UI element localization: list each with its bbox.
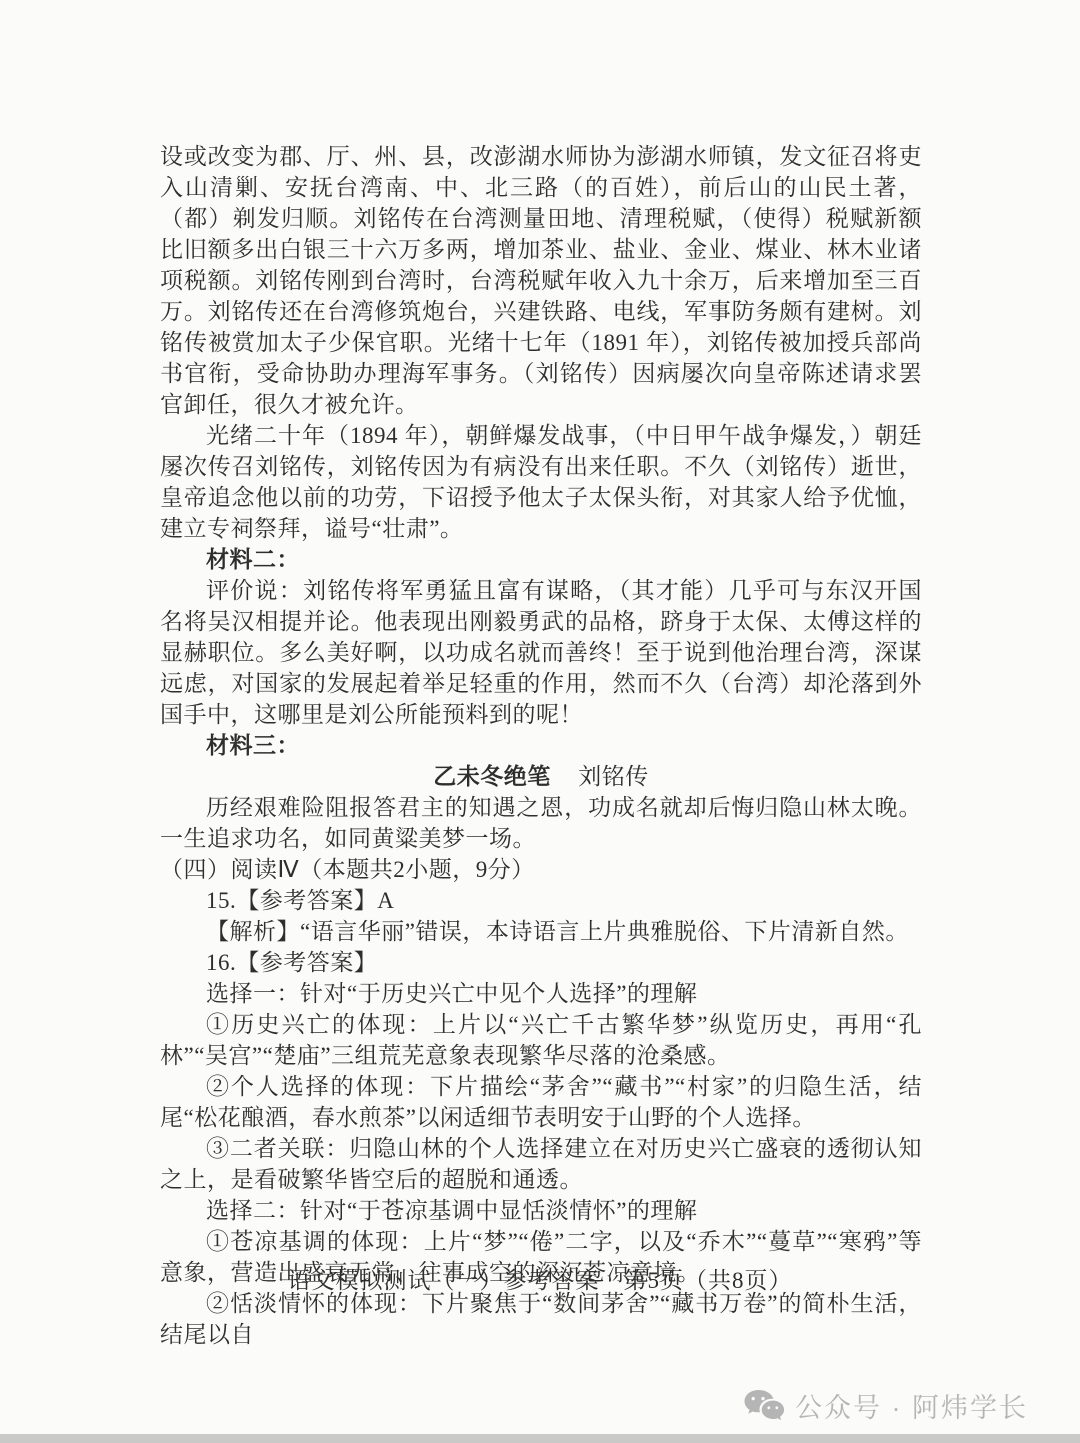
poem-author: 刘铭传 — [578, 764, 649, 789]
watermark: 公众号 · 阿炜学长 — [743, 1386, 1028, 1425]
choice-2-point-2: ②恬淡情怀的体现：下片聚焦于“数间茅舍”“藏书万卷”的简朴生活，结尾以自 — [160, 1288, 922, 1350]
document-content: 设或改变为郡、厅、州、县，改澎湖水师协为澎湖水师镇，发文征召将吏入山清剿、安抚台… — [160, 141, 922, 1350]
page-footer: 语文模拟测试（一）参考答案 第5页（共8页） — [0, 1262, 1080, 1295]
choice-1-point-2: ②个人选择的体现：下片描绘“茅舍”“藏书”“村家”的归隐生活，结尾“松花酿酒，春… — [160, 1071, 922, 1133]
watermark-text: 公众号 · 阿炜学长 — [795, 1386, 1028, 1425]
paragraph-poem-translation: 历经艰难险阻报答君主的知遇之恩，功成名就却后悔归隐山林太晚。一生追求功名，如同黄… — [160, 792, 922, 854]
poem-title-line: 乙未冬绝笔刘铭传 — [160, 761, 922, 792]
wechat-icon — [743, 1388, 785, 1424]
scanned-answer-page: 设或改变为郡、厅、州、县，改澎湖水师协为澎湖水师镇，发文征召将吏入山清剿、安抚台… — [0, 0, 1080, 1443]
section-4-heading: （四）阅读Ⅳ（本题共2小题，9分） — [160, 854, 922, 885]
choice-1-point-1: ①历史兴亡的体现：上片以“兴亡千古繁华梦”纵览历史，再用“孔林”“吴宫”“楚庙”… — [160, 1009, 922, 1071]
paragraph-evaluation: 评价说：刘铭传将军勇猛且富有谋略，（其才能）几乎可与东汉开国名将吴汉相提并论。他… — [160, 575, 922, 730]
poem-title: 乙未冬绝笔 — [433, 763, 551, 789]
question-15-answer: 15.【参考答案】A — [160, 885, 922, 916]
heading-material-2: 材料二： — [160, 544, 922, 575]
paragraph-continuation-taiwan-governance: 设或改变为郡、厅、州、县，改澎湖水师协为澎湖水师镇，发文征召将吏入山清剿、安抚台… — [160, 141, 922, 420]
choice-1-point-3: ③二者关联：归隐山林的个人选择建立在对历史兴亡盛衰的透彻认知之上，是看破繁华皆空… — [160, 1133, 922, 1195]
question-15-analysis: 【解析】“语言华丽”错误，本诗语言上片典雅脱俗、下片清新自然。 — [160, 916, 922, 947]
paragraph-guangxu-20th-year: 光绪二十年（1894 年），朝鲜爆发战事，（中日甲午战争爆发，）朝廷屡次传召刘铭… — [160, 420, 922, 544]
question-16-answer-label: 16.【参考答案】 — [160, 947, 922, 978]
choice-2-heading: 选择二：针对“于苍凉基调中显恬淡情怀”的理解 — [160, 1195, 922, 1226]
choice-1-heading: 选择一：针对“于历史兴亡中见个人选择”的理解 — [160, 978, 922, 1009]
scan-edge-strip — [0, 1434, 1080, 1443]
heading-material-3: 材料三： — [160, 730, 922, 761]
